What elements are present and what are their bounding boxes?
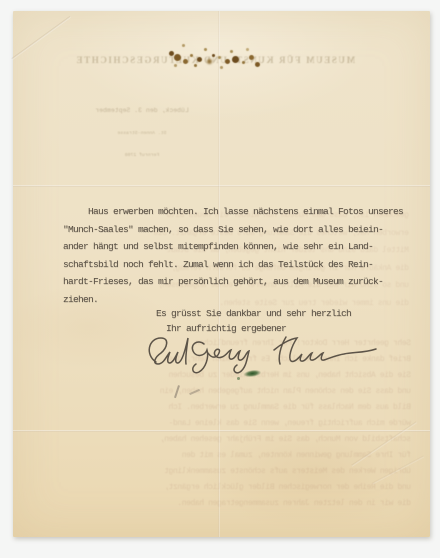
- signature-middle-name: [192, 342, 249, 373]
- foxing-stain: [160, 30, 163, 33]
- signature-first-name: [149, 338, 188, 364]
- corner-crease-top-left: [11, 16, 70, 60]
- pencil-mark-2: [189, 389, 200, 395]
- showthrough-phone-line: Fernruf 2708: [83, 153, 201, 159]
- letter-page: MUSEUM FÜR KUNST- UND KULTURGESCHICHTE L…: [13, 11, 430, 537]
- showthrough-date-line: Lübeck, den 3. September: [83, 107, 201, 115]
- showthrough-letterhead: MUSEUM FÜR KUNST- UND KULTURGESCHICHTE: [71, 55, 359, 65]
- green-ink-mark: [242, 369, 262, 380]
- scan-background: MUSEUM FÜR KUNST- UND KULTURGESCHICHTE L…: [0, 0, 440, 558]
- letter-body-paragraph: Haus erwerben möchten. Ich lasse nächste…: [63, 203, 397, 308]
- pencil-mark-1: [174, 385, 179, 398]
- fold-crease-horizontal-upper: [13, 185, 430, 187]
- crease-bottom-right-1: [351, 421, 417, 466]
- showthrough-date-block: Lübeck, den 3. September St. Annen-Stras…: [83, 91, 201, 175]
- showthrough-address-line: St. Annen-Strasse: [83, 131, 201, 137]
- crease-bottom-right-2: [372, 455, 424, 484]
- fold-crease-horizontal-lower: [13, 430, 430, 432]
- signature-last-name: [274, 337, 376, 364]
- green-ink-speck: [237, 377, 240, 380]
